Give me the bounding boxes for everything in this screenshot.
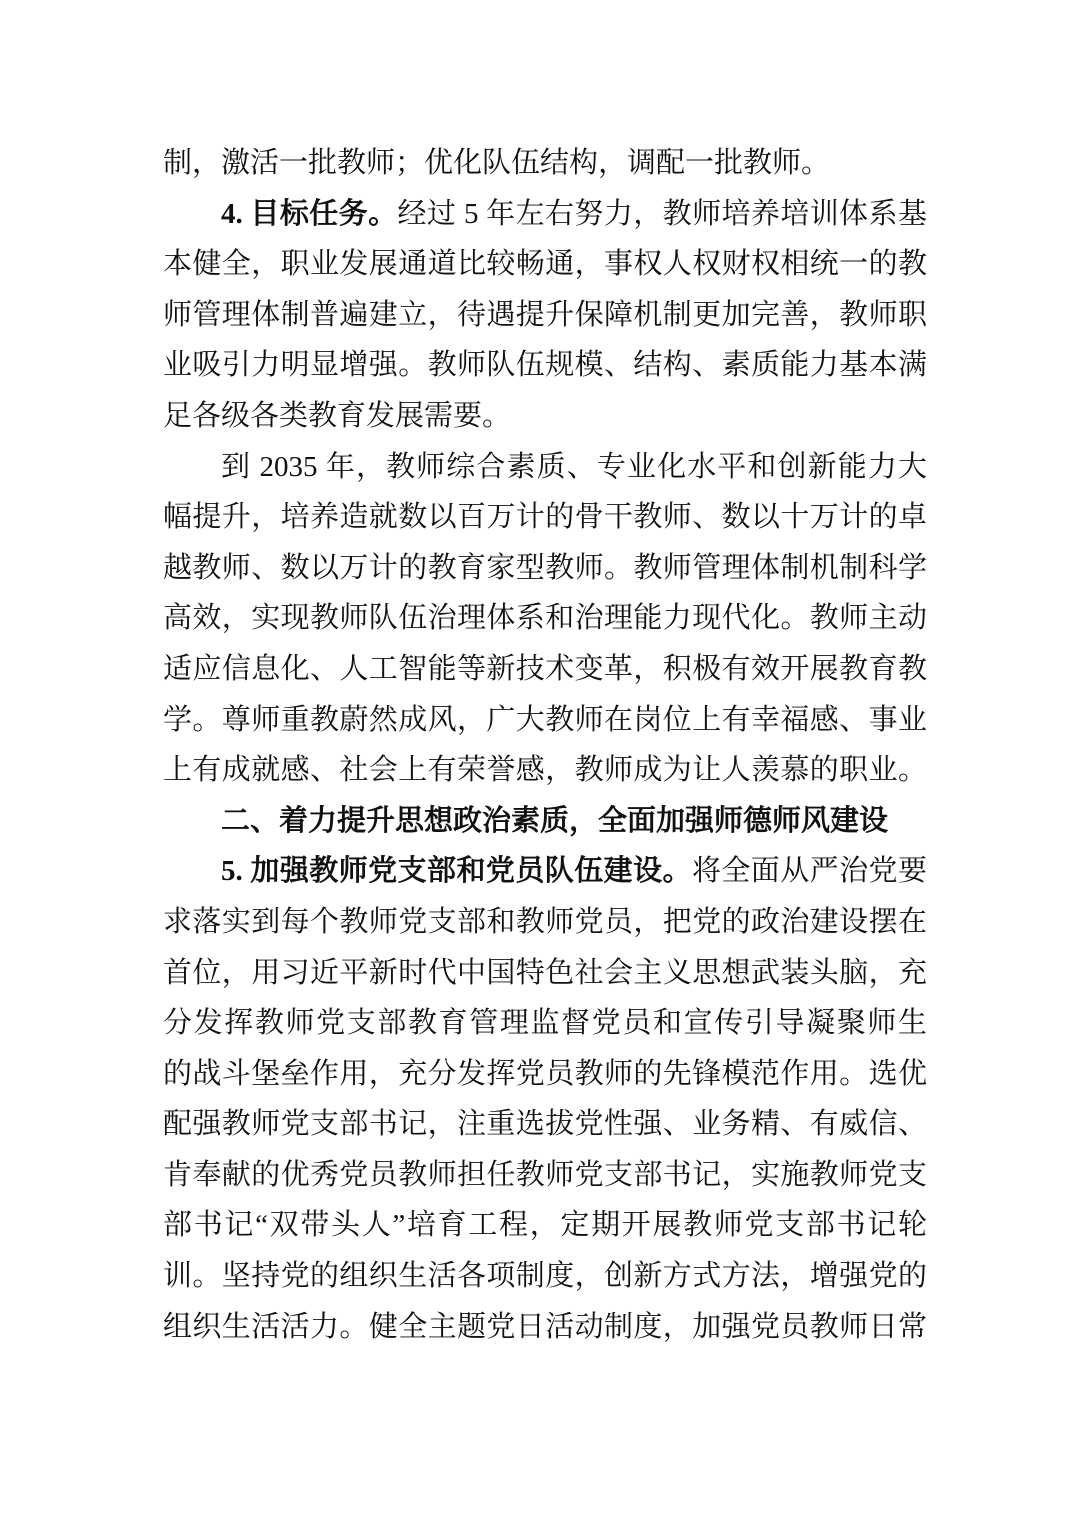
text-line: 首位，用习近平新时代中国特色社会主义思想武装头脑，充	[163, 948, 927, 999]
text-line: 适应信息化、人工智能等新技术变革，积极有效开展教育教	[163, 644, 927, 695]
text-run: 学。尊师重教蔚然成风，广大教师在岗位上有幸福感、事业	[163, 704, 927, 736]
text-run: 配强教师党支部书记，注重选拔党性强、业务精、有威信、	[163, 1108, 927, 1140]
text-run: 到 2035 年，教师综合素质、专业化水平和创新能力大	[221, 451, 927, 483]
text-line: 到 2035 年，教师综合素质、专业化水平和创新能力大	[163, 442, 927, 493]
document-page: 制，激活一批教师；优化队伍结构，调配一批教师。4. 目标任务。经过 5 年左右努…	[0, 0, 1074, 1520]
document-body: 制，激活一批教师；优化队伍结构，调配一批教师。4. 目标任务。经过 5 年左右努…	[163, 138, 927, 1352]
text-line: 肯奉献的优秀党员教师担任教师党支部书记，实施教师党支	[163, 1150, 927, 1201]
text-run: 业吸引力明显增强。教师队伍规模、结构、素质能力基本满	[163, 349, 927, 381]
text-line: 足各级各类教育发展需要。	[163, 391, 927, 442]
text-line: 师管理体制普遍建立，待遇提升保障机制更加完善，教师职	[163, 290, 927, 341]
text-run: 师管理体制普遍建立，待遇提升保障机制更加完善，教师职	[163, 299, 927, 331]
text-run: 幅提升，培养造就数以百万计的骨干教师、数以十万计的卓	[163, 501, 927, 533]
text-run: 高效，实现教师队伍治理体系和治理能力现代化。教师主动	[163, 602, 927, 634]
text-run: 足各级各类教育发展需要。	[163, 400, 511, 432]
text-run: 将全面从严治党要	[692, 855, 927, 887]
text-line: 高效，实现教师队伍治理体系和治理能力现代化。教师主动	[163, 593, 927, 644]
text-line: 4. 目标任务。经过 5 年左右努力，教师培养培训体系基	[163, 189, 927, 240]
text-line: 幅提升，培养造就数以百万计的骨干教师、数以十万计的卓	[163, 492, 927, 543]
text-run: 首位，用习近平新时代中国特色社会主义思想武装头脑，充	[163, 957, 927, 989]
text-line: 训。坚持党的组织生活各项制度，创新方式方法，增强党的	[163, 1251, 927, 1302]
text-run: 经过 5 年左右努力，教师培养培训体系基	[398, 198, 927, 230]
text-line: 上有成就感、社会上有荣誉感，教师成为让人羡慕的职业。	[163, 745, 927, 796]
text-line: 学。尊师重教蔚然成风，广大教师在岗位上有幸福感、事业	[163, 695, 927, 746]
text-run: 分发挥教师党支部教育管理监督党员和宣传引导凝聚师生	[163, 1007, 927, 1039]
text-run: 的战斗堡垒作用，充分发挥党员教师的先锋模范作用。选优	[163, 1058, 927, 1090]
text-run: 求落实到每个教师党支部和教师党员，把党的政治建设摆在	[163, 906, 927, 938]
text-line: 越教师、数以万计的教育家型教师。教师管理体制机制科学	[163, 543, 927, 594]
text-run: 越教师、数以万计的教育家型教师。教师管理体制机制科学	[163, 552, 927, 584]
text-run: 制，激活一批教师；优化队伍结构，调配一批教师。	[163, 147, 830, 179]
text-line: 二、着力提升思想政治素质，全面加强师德师风建设	[163, 796, 927, 847]
text-line: 分发挥教师党支部教育管理监督党员和宣传引导凝聚师生	[163, 998, 927, 1049]
text-line: 业吸引力明显增强。教师队伍规模、结构、素质能力基本满	[163, 340, 927, 391]
text-line: 制，激活一批教师；优化队伍结构，调配一批教师。	[163, 138, 927, 189]
text-run: 适应信息化、人工智能等新技术变革，积极有效开展教育教	[163, 653, 927, 685]
text-line: 5. 加强教师党支部和党员队伍建设。将全面从严治党要	[163, 846, 927, 897]
bold-text-run: 5. 加强教师党支部和党员队伍建设。	[221, 855, 692, 887]
text-line: 本健全，职业发展通道比较畅通，事权人权财权相统一的教	[163, 239, 927, 290]
text-run: 本健全，职业发展通道比较畅通，事权人权财权相统一的教	[163, 248, 927, 280]
text-run: 肯奉献的优秀党员教师担任教师党支部书记，实施教师党支	[163, 1159, 927, 1191]
text-line: 求落实到每个教师党支部和教师党员，把党的政治建设摆在	[163, 897, 927, 948]
text-run: 部书记“双带头人”培育工程，定期开展教师党支部书记轮	[163, 1209, 927, 1241]
text-line: 部书记“双带头人”培育工程，定期开展教师党支部书记轮	[163, 1200, 927, 1251]
text-run: 上有成就感、社会上有荣誉感，教师成为让人羡慕的职业。	[163, 754, 927, 786]
text-line: 配强教师党支部书记，注重选拔党性强、业务精、有威信、	[163, 1099, 927, 1150]
text-line: 组织生活活力。健全主题党日活动制度，加强党员教师日常	[163, 1302, 927, 1353]
bold-text-run: 二、着力提升思想政治素质，全面加强师德师风建设	[221, 805, 888, 837]
text-line: 的战斗堡垒作用，充分发挥党员教师的先锋模范作用。选优	[163, 1049, 927, 1100]
text-run: 训。坚持党的组织生活各项制度，创新方式方法，增强党的	[163, 1260, 927, 1292]
text-run: 组织生活活力。健全主题党日活动制度，加强党员教师日常	[163, 1311, 927, 1343]
bold-text-run: 4. 目标任务。	[221, 198, 398, 230]
